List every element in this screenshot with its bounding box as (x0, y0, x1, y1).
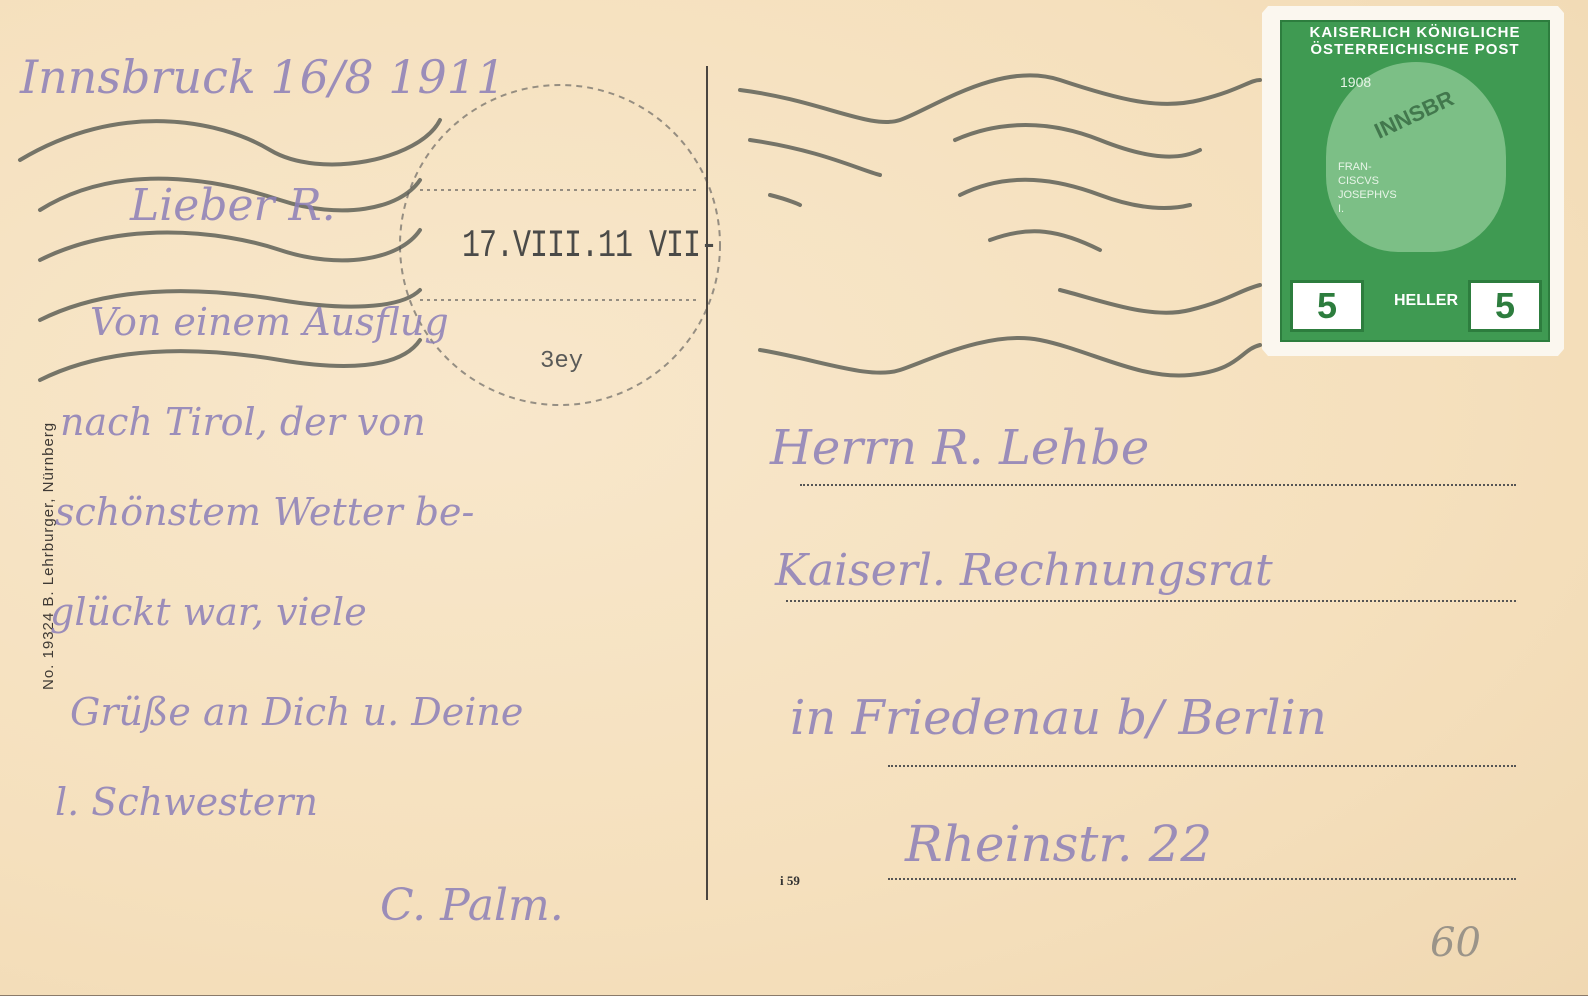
stamp-frame: 1908 FRAN- CISCVS JOSEPHVS I. KAISERLICH… (1280, 20, 1550, 342)
message-place-date: Innsbruck 16/8 1911 (20, 50, 505, 104)
stamp-denomination: HELLER (1394, 292, 1458, 310)
address-dotted-line (786, 600, 1516, 602)
publisher-imprint: No. 19324 B. Lehrburger, Nürnberg (40, 422, 57, 690)
address-dotted-line (888, 765, 1516, 767)
message-salutation: Lieber R. (130, 180, 336, 231)
address-line-3: in Friedenau b/ Berlin (790, 690, 1327, 746)
message-line: Grüße an Dich u. Deine (70, 690, 523, 734)
address-line-4: Rheinstr. 22 (905, 815, 1212, 873)
stamp-value-right: 5 (1468, 280, 1542, 332)
message-line: l. Schwestern (55, 780, 318, 824)
postage-stamp: 1908 FRAN- CISCVS JOSEPHVS I. KAISERLICH… (1262, 6, 1564, 356)
address-line-1: Herrn R. Lehbe (770, 420, 1149, 476)
pencil-note: 60 (1430, 920, 1481, 966)
print-code: i 59 (780, 873, 800, 889)
postmark-code: 3ey (540, 348, 583, 375)
postmark-date: 17.VIII.11 VII- (462, 225, 717, 269)
message-signature: C. Palm. (380, 880, 564, 931)
message-line: nach Tirol, der von (60, 400, 426, 444)
postcard-back: No. 19324 B. Lehrburger, Nürnberg 17.VII… (0, 0, 1588, 1004)
stamp-name: FRAN- CISCVS JOSEPHVS I. (1338, 160, 1397, 216)
stamp-value-left: 5 (1290, 280, 1364, 332)
center-divider-line (706, 66, 708, 900)
message-line: glückt war, viele (50, 590, 367, 634)
stamp-border-text: KAISERLICH KÖNIGLICHE ÖSTERREICHISCHE PO… (1288, 24, 1542, 58)
address-dotted-line (888, 878, 1516, 880)
message-line: Von einem Ausflug (90, 300, 449, 344)
stamp-year: 1908 (1340, 74, 1371, 90)
emperor-portrait-icon (1326, 62, 1506, 252)
address-line-2: Kaiserl. Rechnungsrat (775, 545, 1273, 596)
message-line: schönstem Wetter be- (55, 490, 474, 534)
card-bottom-edge (0, 995, 1588, 1004)
address-dotted-line (800, 484, 1516, 486)
